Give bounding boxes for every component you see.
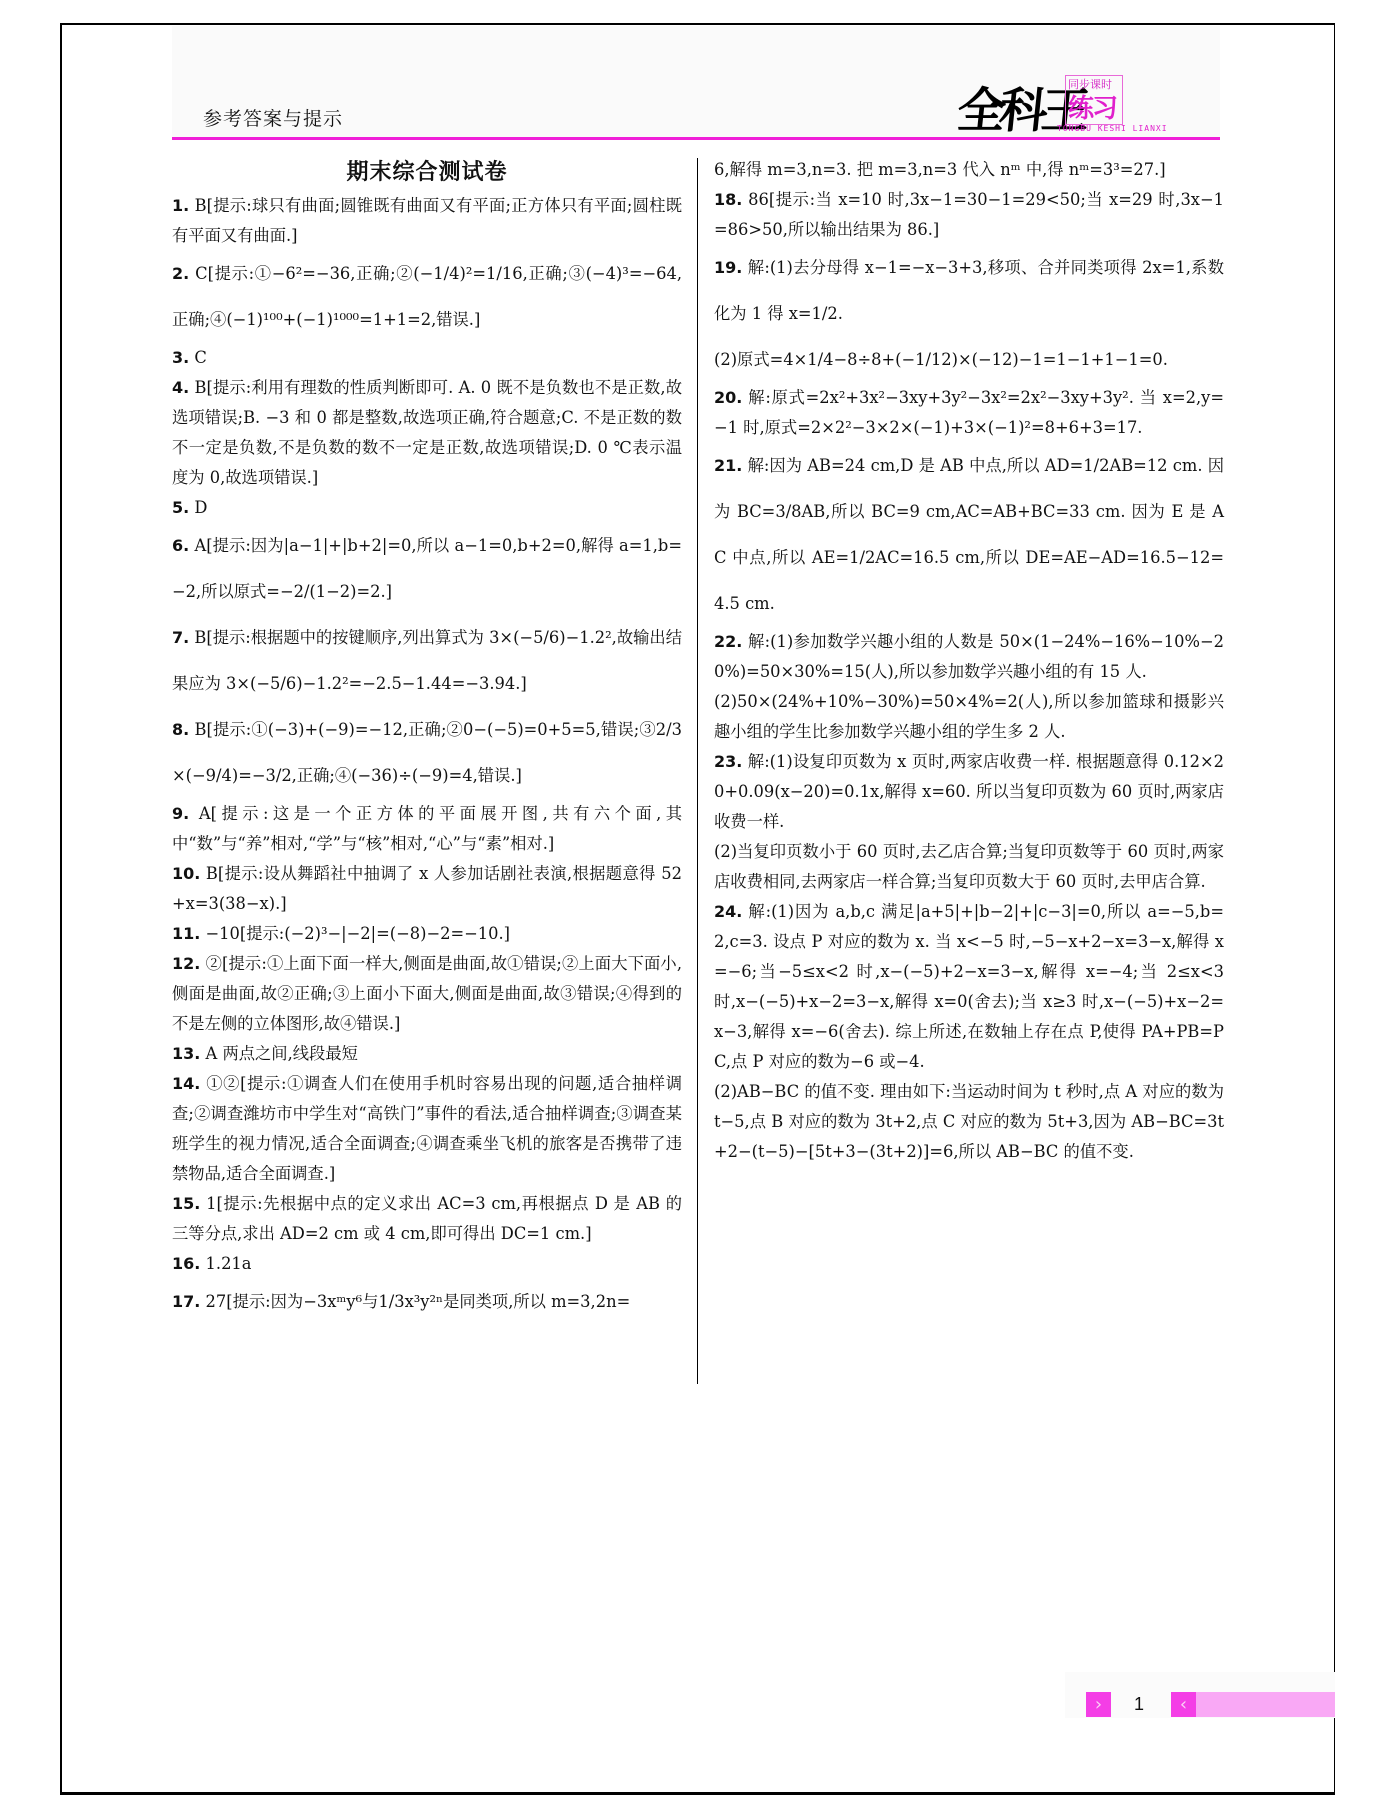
answer-text: B[提示:设从舞蹈社中抽调了 x 人参加话剧社表演,根据题意得 52+x=3(3… xyxy=(172,864,682,913)
chevron-right-icon: › xyxy=(1086,1692,1111,1717)
answer-text: B[提示:根据题中的按键顺序,列出算式为 3×(−5/6)−1.2²,故输出结果… xyxy=(172,628,682,693)
answer-number: 15. xyxy=(172,1194,200,1213)
answer-number: 21. xyxy=(714,456,742,475)
footer-accent-bar xyxy=(1196,1692,1335,1717)
answer-item: 24. 解:(1)因为 a,b,c 满足|a+5|+|b−2|+|c−3|=0,… xyxy=(714,897,1224,1077)
section-title: 期末综合测试卷 xyxy=(172,155,682,189)
answer-text: (2)AB−BC 的值不变. 理由如下:当运动时间为 t 秒时,点 A 对应的数… xyxy=(714,1082,1224,1161)
answer-number: 9. xyxy=(172,804,189,823)
answer-number: 17. xyxy=(172,1292,200,1311)
answer-number: 19. xyxy=(714,258,742,277)
answer-item: 1. B[提示:球只有曲面;圆锥既有曲面又有平面;正方体只有平面;圆柱既有平面又… xyxy=(172,191,682,251)
answer-text: A 两点之间,线段最短 xyxy=(206,1044,358,1063)
answer-item: 19. 解:(1)去分母得 x−1=−x−3+3,移项、合并同类项得 2x=1,… xyxy=(714,245,1224,337)
answer-item: 23. 解:(1)设复印页数为 x 页时,两家店收费一样. 根据题意得 0.12… xyxy=(714,747,1224,837)
answer-item: 14. ①②[提示:①调查人们在使用手机时容易出现的问题,适合抽样调查;②调查潍… xyxy=(172,1069,682,1189)
answer-text: B[提示:利用有理数的性质判断即可. A. 0 既不是负数也不是正数,故选项错误… xyxy=(172,378,682,487)
answer-text: A[提示:这是一个正方体的平面展开图,共有六个面,其中“数”与“养”相对,“学”… xyxy=(172,804,682,853)
right-column: 6,解得 m=3,n=3. 把 m=3,n=3 代入 nᵐ 中,得 nᵐ=3³=… xyxy=(714,155,1224,1167)
brand-logo: 全科王 同步课时 练习 TONGBU KESHI LIANXI xyxy=(958,68,1178,138)
answer-text: −10[提示:(−2)³−|−2|=(−8)−2=−10.] xyxy=(206,924,510,943)
answer-item: (2)50×(24%+10%−30%)=50×4%=2(人),所以参加篮球和摄影… xyxy=(714,687,1224,747)
header-divider xyxy=(172,137,1220,140)
answer-number: 20. xyxy=(714,388,742,407)
answer-text: (2)原式=4×1/4−8÷8+(−1/12)×(−12)−1=1−1+1−1=… xyxy=(714,350,1168,369)
answer-item: 10. B[提示:设从舞蹈社中抽调了 x 人参加话剧社表演,根据题意得 52+x… xyxy=(172,859,682,919)
answer-item: 3. C xyxy=(172,343,682,373)
answer-number: 23. xyxy=(714,752,742,771)
answer-text: 解:(1)参加数学兴趣小组的人数是 50×(1−24%−16%−10%−20%)… xyxy=(714,632,1224,681)
answer-item: 21. 解:因为 AB=24 cm,D 是 AB 中点,所以 AD=1/2AB=… xyxy=(714,443,1224,627)
answer-number: 11. xyxy=(172,924,200,943)
answer-number: 16. xyxy=(172,1254,200,1273)
answer-text: B[提示:①(−3)+(−9)=−12,正确;②0−(−5)=0+5=5,错误;… xyxy=(172,720,682,785)
answer-text: 解:(1)设复印页数为 x 页时,两家店收费一样. 根据题意得 0.12×20+… xyxy=(714,752,1224,831)
answer-item: 8. B[提示:①(−3)+(−9)=−12,正确;②0−(−5)=0+5=5,… xyxy=(172,707,682,799)
answer-text: C xyxy=(194,348,206,367)
answer-number: 24. xyxy=(714,902,742,921)
answer-number: 10. xyxy=(172,864,200,883)
answer-number: 6. xyxy=(172,536,189,555)
answer-number: 5. xyxy=(172,498,189,517)
answer-item: (2)原式=4×1/4−8÷8+(−1/12)×(−12)−1=1−1+1−1=… xyxy=(714,337,1224,383)
answer-text: ①②[提示:①调查人们在使用手机时容易出现的问题,适合抽样调查;②调查潍坊市中学… xyxy=(172,1074,682,1183)
answer-item: 9. A[提示:这是一个正方体的平面展开图,共有六个面,其中“数”与“养”相对,… xyxy=(172,799,682,859)
answer-number: 14. xyxy=(172,1074,200,1093)
answer-number: 1. xyxy=(172,196,189,215)
answer-item: 2. C[提示:①−6²=−36,正确;②(−1/4)²=1/16,正确;③(−… xyxy=(172,251,682,343)
answer-number: 12. xyxy=(172,954,200,973)
answer-text: A[提示:因为|a−1|+|b+2|=0,所以 a−1=0,b+2=0,解得 a… xyxy=(172,536,682,601)
page-number: 1 xyxy=(1134,1690,1144,1718)
answer-text: 86[提示:当 x=10 时,3x−1=30−1=29<50;当 x=29 时,… xyxy=(714,190,1224,239)
answer-text: 6,解得 m=3,n=3. 把 m=3,n=3 代入 nᵐ 中,得 nᵐ=3³=… xyxy=(714,160,1166,179)
answer-number: 7. xyxy=(172,628,189,647)
answer-item: (2)AB−BC 的值不变. 理由如下:当运动时间为 t 秒时,点 A 对应的数… xyxy=(714,1077,1224,1167)
answer-text: B[提示:球只有曲面;圆锥既有曲面又有平面;正方体只有平面;圆柱既有平面又有曲面… xyxy=(172,196,682,245)
answer-text: (2)当复印页数小于 60 页时,去乙店合算;当复印页数等于 60 页时,两家店… xyxy=(714,842,1224,891)
answer-number: 8. xyxy=(172,720,189,739)
answer-number: 2. xyxy=(172,264,189,283)
answer-text: C[提示:①−6²=−36,正确;②(−1/4)²=1/16,正确;③(−4)³… xyxy=(172,264,682,329)
answer-text: D xyxy=(194,498,207,517)
answer-number: 3. xyxy=(172,348,189,367)
answer-item: (2)当复印页数小于 60 页时,去乙店合算;当复印页数等于 60 页时,两家店… xyxy=(714,837,1224,897)
header-title: 参考答案与提示 xyxy=(203,104,343,131)
answer-text: 1.21a xyxy=(206,1254,252,1273)
answer-number: 18. xyxy=(714,190,742,209)
answer-item: 12. ②[提示:①上面下面一样大,侧面是曲面,故①错误;②上面大下面小,侧面是… xyxy=(172,949,682,1039)
answer-item: 18. 86[提示:当 x=10 时,3x−1=30−1=29<50;当 x=2… xyxy=(714,185,1224,245)
answer-number: 4. xyxy=(172,378,189,397)
answer-item: 13. A 两点之间,线段最短 xyxy=(172,1039,682,1069)
answer-text: 解:(1)因为 a,b,c 满足|a+5|+|b−2|+|c−3|=0,所以 a… xyxy=(714,902,1224,1071)
answer-item: 15. 1[提示:先根据中点的定义求出 AC=3 cm,再根据点 D 是 AB … xyxy=(172,1189,682,1249)
answer-item: 16. 1.21a xyxy=(172,1249,682,1279)
answer-item: 20. 解:原式=2x²+3x²−3xy+3y²−3x²=2x²−3xy+3y²… xyxy=(714,383,1224,443)
answer-item: 17. 27[提示:因为−3xᵐy⁶与1/3x³y²ⁿ是同类项,所以 m=3,2… xyxy=(172,1279,682,1325)
answer-item: 11. −10[提示:(−2)³−|−2|=(−8)−2=−10.] xyxy=(172,919,682,949)
answer-text: 1[提示:先根据中点的定义求出 AC=3 cm,再根据点 D 是 AB 的三等分… xyxy=(172,1194,682,1243)
answer-item: 6. A[提示:因为|a−1|+|b+2|=0,所以 a−1=0,b+2=0,解… xyxy=(172,523,682,615)
answer-item: 6,解得 m=3,n=3. 把 m=3,n=3 代入 nᵐ 中,得 nᵐ=3³=… xyxy=(714,155,1224,185)
answer-text: 解:原式=2x²+3x²−3xy+3y²−3x²=2x²−3xy+3y². 当 … xyxy=(714,388,1224,437)
answer-text: 27[提示:因为−3xᵐy⁶与1/3x³y²ⁿ是同类项,所以 m=3,2n= xyxy=(206,1292,631,1311)
answer-item: 7. B[提示:根据题中的按键顺序,列出算式为 3×(−5/6)−1.2²,故输… xyxy=(172,615,682,707)
logo-highlight-text: 练习 xyxy=(1068,88,1116,125)
answer-item: 4. B[提示:利用有理数的性质判断即可. A. 0 既不是负数也不是正数,故选… xyxy=(172,373,682,493)
answer-text: 解:(1)去分母得 x−1=−x−3+3,移项、合并同类项得 2x=1,系数化为… xyxy=(714,258,1224,323)
answer-number: 22. xyxy=(714,632,742,651)
answer-text: ②[提示:①上面下面一样大,侧面是曲面,故①错误;②上面大下面小,侧面是曲面,故… xyxy=(172,954,682,1033)
answer-text: (2)50×(24%+10%−30%)=50×4%=2(人),所以参加篮球和摄影… xyxy=(714,692,1224,741)
answer-item: 22. 解:(1)参加数学兴趣小组的人数是 50×(1−24%−16%−10%−… xyxy=(714,627,1224,687)
answer-item: 5. D xyxy=(172,493,682,523)
answer-number: 13. xyxy=(172,1044,200,1063)
column-divider xyxy=(697,158,698,1384)
left-column: 期末综合测试卷 1. B[提示:球只有曲面;圆锥既有曲面又有平面;正方体只有平面… xyxy=(172,155,682,1325)
answer-text: 解:因为 AB=24 cm,D 是 AB 中点,所以 AD=1/2AB=12 c… xyxy=(714,456,1224,613)
chevron-left-icon: ‹ xyxy=(1171,1692,1196,1717)
logo-pinyin: TONGBU KESHI LIANXI xyxy=(1057,124,1168,133)
